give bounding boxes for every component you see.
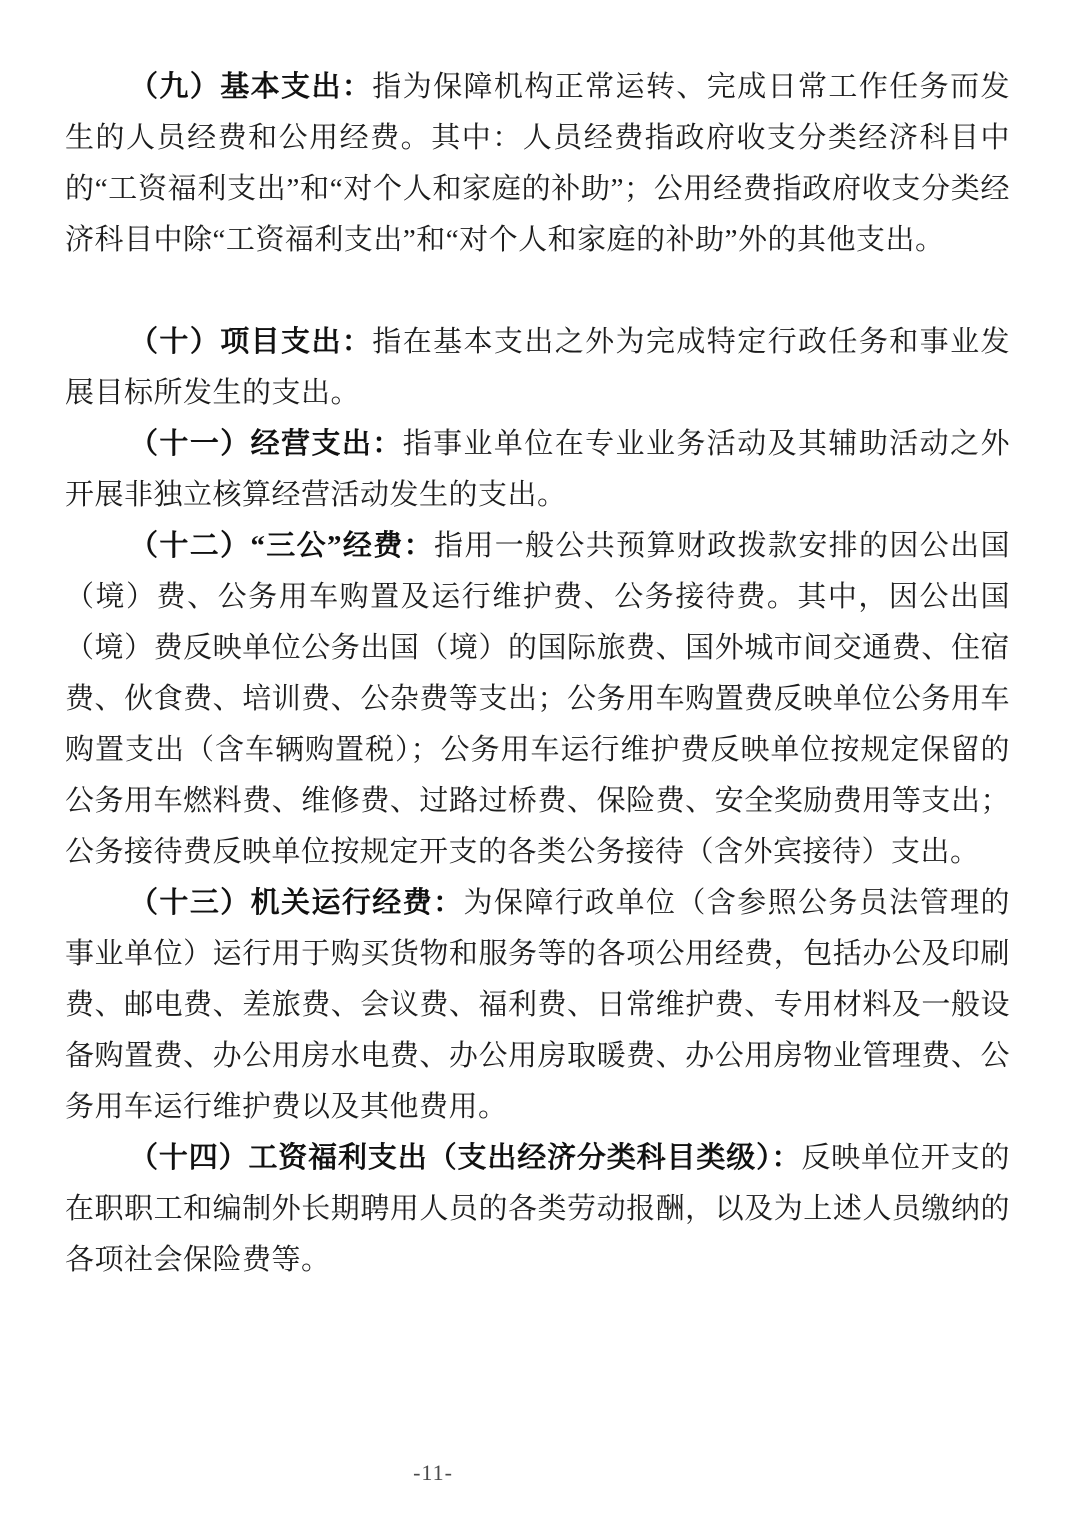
paragraph-agency-operating-funds: （十三）机关运行经费：为保障行政单位（含参照公务员法管理的事业单位）运行用于购买…	[65, 878, 1010, 1133]
paragraph-heading: （十三）机关运行经费：	[129, 887, 464, 919]
paragraph-heading: （九）基本支出：	[129, 71, 372, 103]
page-number: -11-	[413, 1460, 453, 1486]
paragraph-basic-expenditure: （九）基本支出：指为保障机构正常运转、完成日常工作任务而发生的人员经费和公用经费…	[65, 62, 1010, 266]
paragraph-body: 为保障行政单位（含参照公务员法管理的事业单位）运行用于购买货物和服务等的各项公用…	[65, 887, 1010, 1123]
paragraph-heading: （十二）“三公”经费：	[129, 530, 434, 562]
paragraph-salary-welfare-expenditure: （十四）工资福利支出（支出经济分类科目类级）：反映单位开支的在职职工和编制外长期…	[65, 1133, 1010, 1286]
document-page: （九）基本支出：指为保障机构正常运转、完成日常工作任务而发生的人员经费和公用经费…	[0, 0, 1069, 1514]
paragraph-heading: （十一）经营支出：	[129, 428, 403, 460]
paragraph-body: 指用一般公共预算财政拨款安排的因公出国（境）费、公务用车购置及运行维护费、公务接…	[65, 530, 1010, 868]
paragraph-heading: （十）项目支出：	[129, 326, 372, 358]
paragraph-three-public-funds: （十二）“三公”经费：指用一般公共预算财政拨款安排的因公出国（境）费、公务用车购…	[65, 521, 1010, 878]
paragraph-operating-expenditure: （十一）经营支出：指事业单位在专业业务活动及其辅助活动之外开展非独立核算经营活动…	[65, 419, 1010, 521]
paragraph-project-expenditure: （十）项目支出：指在基本支出之外为完成特定行政任务和事业发展目标所发生的支出。	[65, 317, 1010, 419]
paragraph-heading: （十四）工资福利支出（支出经济分类科目类级）：	[129, 1142, 801, 1174]
